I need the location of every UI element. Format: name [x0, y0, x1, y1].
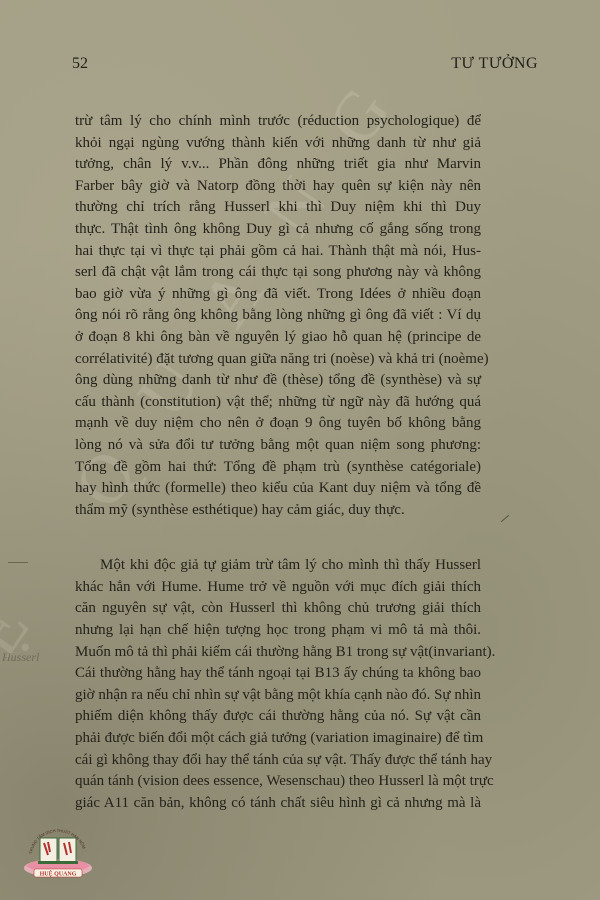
text-line: lòng nó và sửa đổi tư tưởng bằng một qua…	[75, 435, 481, 457]
text-line: giác A11 căn bản, không có tánh chất siê…	[75, 793, 481, 815]
paragraph-2: Một khi độc giả tự giảm trừ tâm lý cho m…	[75, 555, 481, 814]
page-number: 52	[72, 55, 88, 73]
text-line: khác hẳn với Hume. Hume trở về nguồn với…	[75, 577, 481, 599]
text-line: quán tánh (vision dees essence, Wesensch…	[75, 771, 481, 793]
text-line: trừ tâm lý cho chính mình trước (réducti…	[75, 111, 481, 133]
svg-text:HUỆ QUANG: HUỆ QUANG	[40, 870, 77, 878]
margin-note-text: Husserl	[2, 650, 39, 665]
text-line: hai thực tại vì thực tại phải gồm cả hai…	[75, 241, 481, 263]
text-line: cấu thành (constitution) vật thể; những …	[75, 392, 481, 414]
text-line: ở đoạn 8 khi ông bàn về nguyên lý giao h…	[75, 327, 481, 349]
body-text: trừ tâm lý cho chính mình trước (réducti…	[75, 111, 481, 814]
text-line: bao giờ vừa ý những gì ông đã viết. Tron…	[75, 284, 481, 306]
text-line: thực. Thật tình ông không Duy gì cả nhưn…	[75, 219, 481, 241]
library-logo: HUỆ QUANG TRUNG TÂM DỊCH THUẬT HÁN NÔM	[18, 828, 98, 883]
paragraph-1: trừ tâm lý cho chính mình trước (réducti…	[75, 111, 481, 521]
text-line: Muốn mô tả thì phải kiếm cái thường hằng…	[75, 642, 481, 664]
paragraph-gap	[75, 521, 481, 555]
text-line: Cái thường hằng hay thể tánh ngoại tại B…	[75, 663, 481, 685]
pencil-tick	[501, 515, 509, 522]
text-line: Tổng đề gồm hai thứ: Tổng đề phạm trù (s…	[75, 457, 481, 479]
lotus-book-logo-icon: HUỆ QUANG TRUNG TÂM DỊCH THUẬT HÁN NÔM	[18, 828, 98, 883]
text-line: phải được biến đổi một cách giả tưởng (v…	[75, 728, 481, 750]
text-line: cái gì không thay đổi hay thể tánh của s…	[75, 750, 481, 772]
text-line: mạnh về duy niệm cho nên ở đoạn 9 ông tu…	[75, 413, 481, 435]
text-line: nhưng lại hạn chế hiện tượng học trong p…	[75, 620, 481, 642]
text-line: corrélativité) đặt tương quan giữa năng …	[75, 349, 481, 371]
text-line: tưởng, chân lý v.v... Phần đông những tr…	[75, 154, 481, 176]
page-header: 52 TƯ TƯỞNG	[72, 55, 538, 75]
text-line: hay hình thức (formelle) theo kiểu của K…	[75, 478, 481, 500]
text-line: Một khi độc giả tự giảm trừ tâm lý cho m…	[75, 555, 481, 577]
text-line: ông dùng những danh từ như đề (thèse) tổ…	[75, 370, 481, 392]
text-line: ông nói rõ rằng ông không bằng lòng nhữn…	[75, 305, 481, 327]
running-title: TƯ TƯỞNG	[451, 55, 538, 73]
text-line: phiếm diện không thấy được cái thường hằ…	[75, 706, 481, 728]
text-line: Farber bây giờ và Natorp đồng thời hay q…	[75, 176, 481, 198]
text-line: giờ nhận ra nếu chỉ nhìn sự vật bằng một…	[75, 685, 481, 707]
text-line: khỏi ngại ngùng vướng thành kiến với nhữ…	[75, 133, 481, 155]
text-line: thẩm mỹ (synthèse esthétique) hay cảm gi…	[75, 500, 481, 522]
text-line: serl đã chật vật lắm trong cái thực tại …	[75, 262, 481, 284]
pencil-mark	[8, 562, 28, 563]
margin-annotations: Husserl	[0, 560, 60, 670]
text-line: thường chỉ trích rằng Husserl khi thì Du…	[75, 197, 481, 219]
text-line: căn nguyên sự vật, còn Husserl thì không…	[75, 598, 481, 620]
